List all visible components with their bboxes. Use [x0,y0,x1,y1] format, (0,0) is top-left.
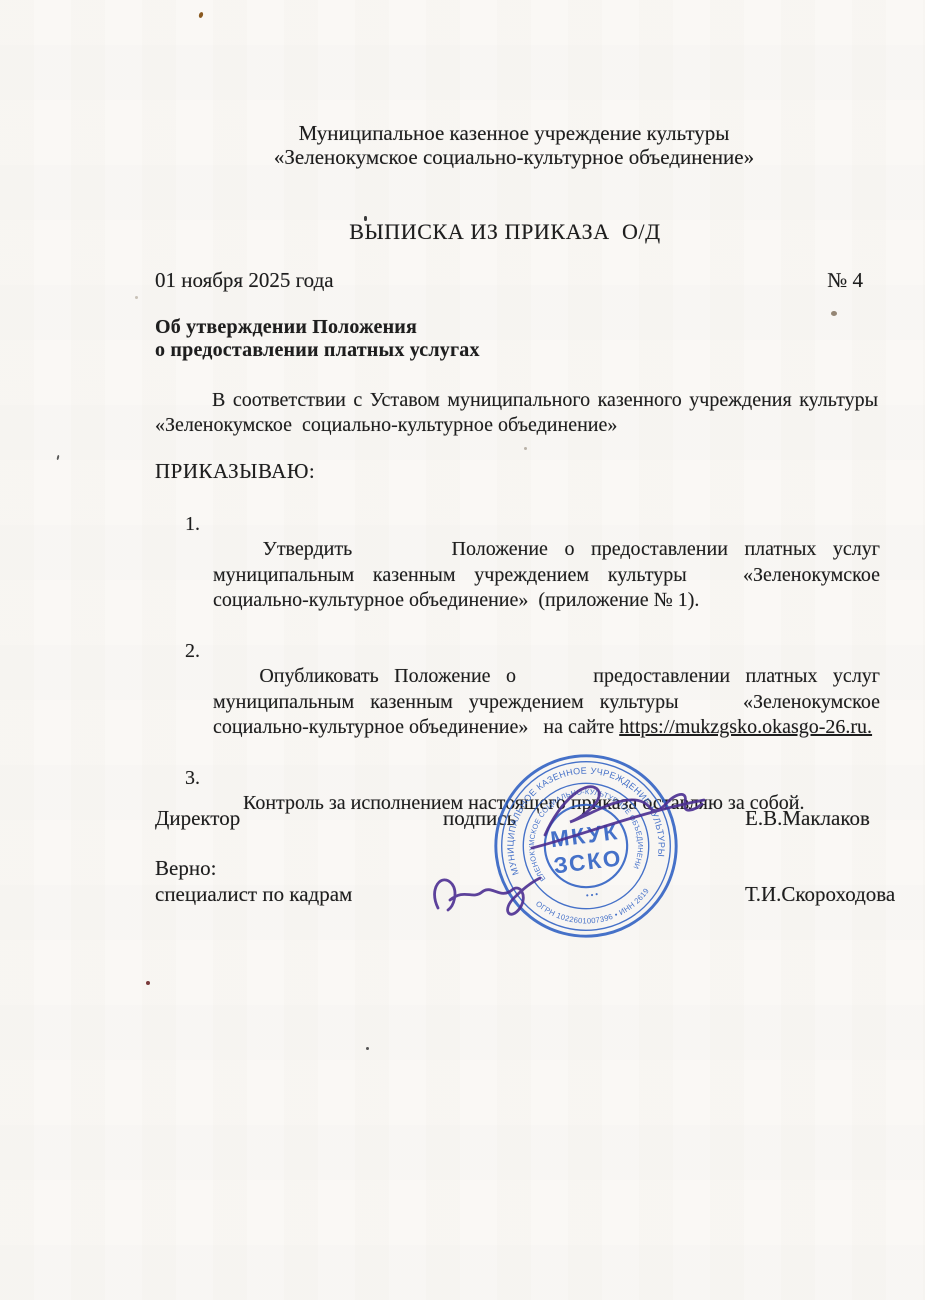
scanned-order-document: Муниципальное казенное учреждение культу… [0,0,925,1300]
intro-paragraph: В соответствии с Уставом муниципального … [155,388,878,438]
resolve-word: ПРИКАЗЫВАЮ: [155,459,315,484]
item-number: 3. [185,766,200,791]
clerk-name: Т.И.Скороходова [745,882,895,907]
director-label: Директор [155,806,240,831]
order-item-2: 2.Опубликовать Положение о предоставлени… [185,639,880,766]
director-signature-stroke [532,800,704,848]
ink-speck [198,11,204,18]
org-name-line1: Муниципальное казенное учреждение культу… [103,121,925,146]
ink-speck [135,296,138,299]
ink-speck [146,981,150,985]
clerk-signature [435,878,540,914]
order-item-1: 1.Утвердить Положение о предоставлении п… [185,512,880,639]
org-name-line2: «Зеленокумское социально-культурное объе… [103,145,925,170]
order-number: № 4 [827,268,863,293]
subject-line1: Об утверждении Положения [155,316,417,339]
subject-line2: о предоставлении платных услугах [155,339,480,362]
director-signature [545,787,702,835]
item-number: 1. [185,512,200,537]
ink-speck [524,447,527,450]
ink-speck [831,311,837,316]
site-url: https://mukzgsko.okasgo-26.ru. [619,716,872,738]
item-number: 2. [185,639,200,664]
ink-speck [56,455,59,460]
clerk-position: специалист по кадрам [155,882,352,907]
handwritten-signatures [420,760,720,940]
document-title: ВЫПИСКА ИЗ ПРИКАЗА О/Д [85,219,925,245]
order-date: 01 ноября 2025 года [155,268,334,293]
ink-speck [366,1047,369,1050]
item-text: Утвердить Положение о предоставлении пла… [213,538,885,611]
certified-label: Верно: [155,856,216,881]
director-name: Е.В.Маклаков [745,806,870,831]
